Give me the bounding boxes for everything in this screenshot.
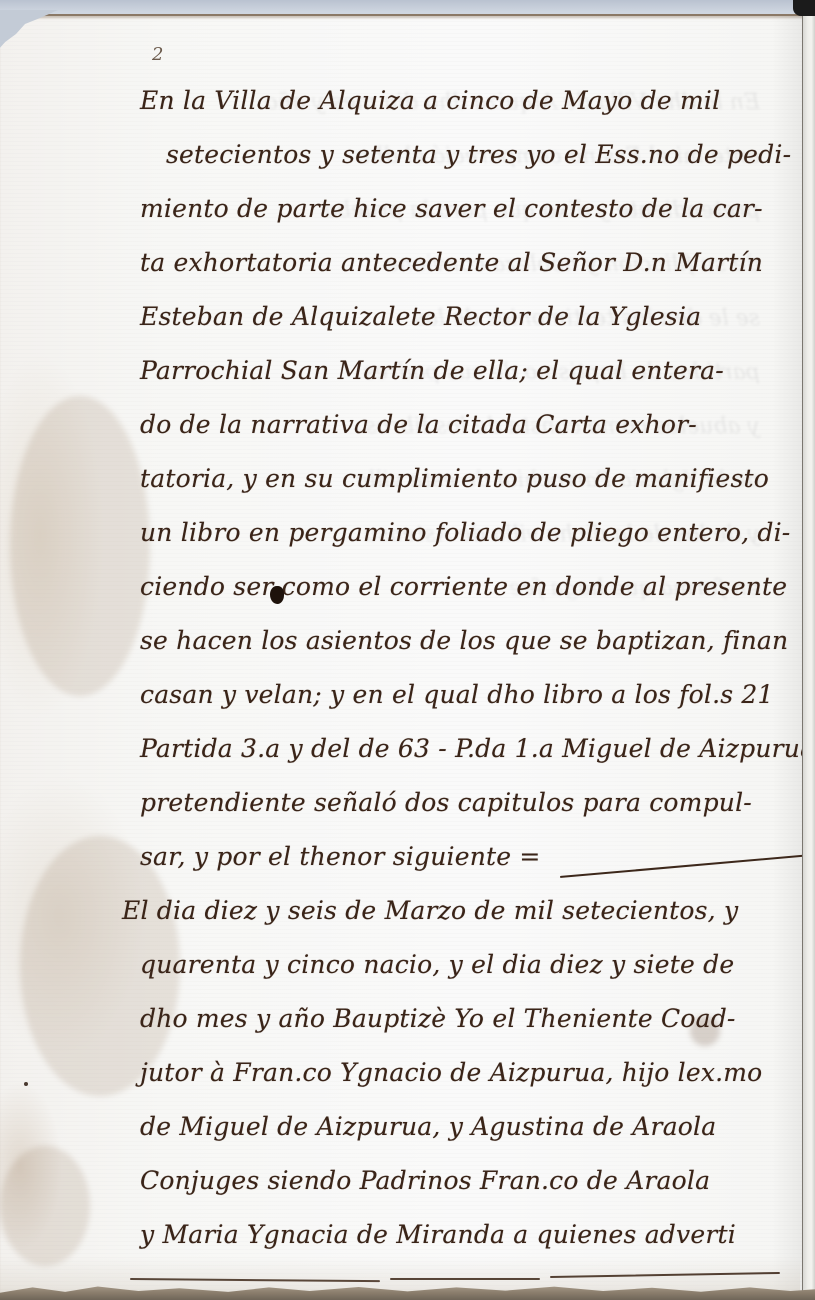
text-line-17: quarenta y cinco nacio, y el dia diez y … (140, 950, 800, 979)
water-stain (0, 1146, 90, 1266)
manuscript-page: En la dha Villa de Alquiza dho dia mes y… (0, 14, 804, 1294)
text-line-20: de Miguel de Aizpurua, y Agustina de Ara… (140, 1112, 800, 1141)
text-line-3: miento de parte hice saver el contesto d… (140, 194, 800, 223)
text-line-6: Parrochial San Martín de ella; el qual e… (140, 356, 800, 385)
binding-edge (802, 0, 815, 1300)
text-line-10: ciendo ser como el corriente en donde al… (140, 572, 800, 601)
text-line-5: Esteban de Alquizalete Rector de la Ygle… (140, 302, 800, 331)
text-line-7: do de la narrativa de la citada Carta ex… (140, 410, 800, 439)
binding-clip (793, 0, 815, 16)
text-line-15: sar, y por el thenor siguiente = (140, 842, 800, 871)
text-line-19: jutor à Fran.co Ygnacio de Aizpurua, hij… (140, 1058, 800, 1087)
text-line-9: un libro en pergamino foliado de pliego … (140, 518, 800, 547)
text-line-14: pretendiente señaló dos capitulos para c… (140, 788, 800, 817)
text-line-12: casan y velan; y en el qual dho libro a … (140, 680, 800, 709)
folio-mark: 2 (152, 44, 163, 65)
text-line-18: dho mes y año Bauptizè Yo el Theniente C… (140, 1004, 800, 1033)
ink-blot (270, 586, 284, 604)
text-line-4: ta exhortatoria antecedente al Señor D.n… (140, 248, 800, 277)
water-stain (10, 396, 150, 696)
manuscript-scan: En la dha Villa de Alquiza dho dia mes y… (0, 0, 815, 1300)
text-line-2: setecientos y setenta y tres yo el Ess.n… (166, 140, 815, 169)
text-line-13: Partida 3.a y del de 63 - P.da 1.a Migue… (140, 734, 800, 763)
text-line-21: Conjuges siendo Padrinos Fran.co de Arao… (140, 1166, 800, 1195)
text-line-8: tatoria, y en su cumplimiento puso de ma… (140, 464, 800, 493)
text-line-16: El dia diez y seis de Marzo de mil setec… (122, 896, 782, 925)
margin-mark (24, 1082, 28, 1086)
text-line-1: En la Villa de Alquiza a cinco de Mayo d… (140, 86, 800, 115)
text-line-22: y Maria Ygnacia de Miranda a quienes adv… (140, 1220, 800, 1249)
text-line-11: se hacen los asientos de los que se bapt… (140, 626, 800, 655)
